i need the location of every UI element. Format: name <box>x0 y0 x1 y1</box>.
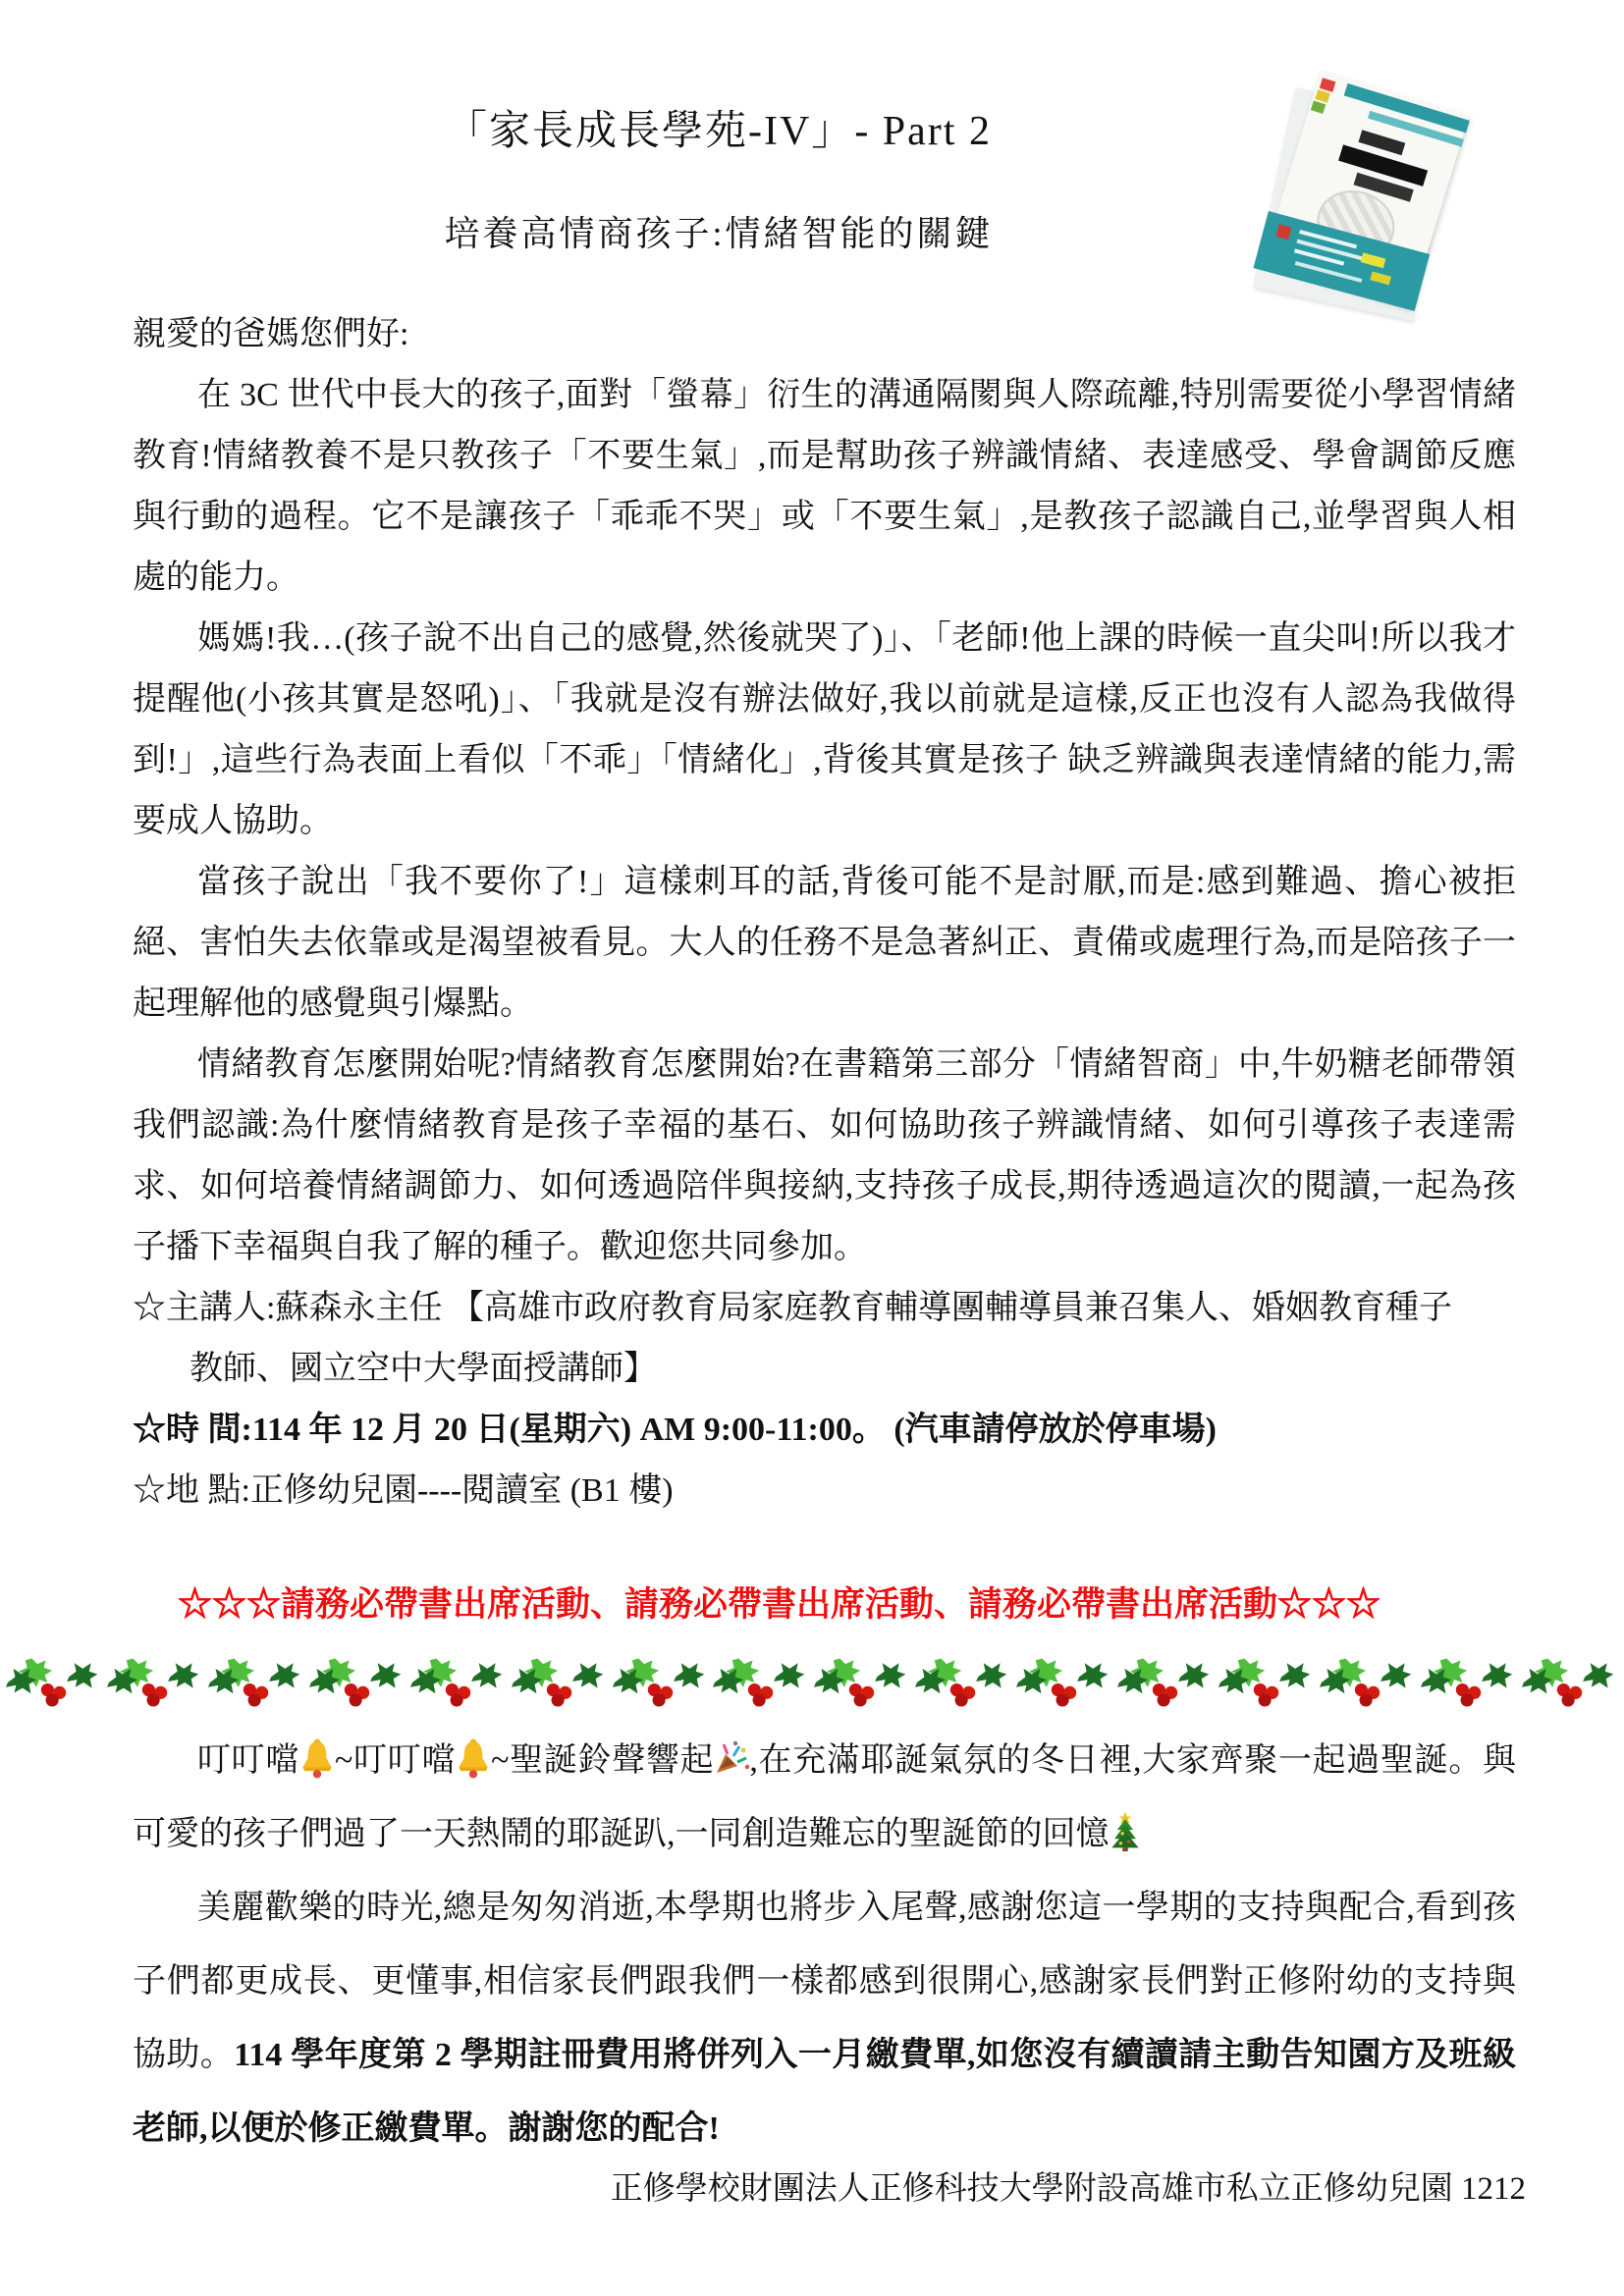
holly-sprig-icon <box>107 1656 203 1709</box>
event-place-line: ☆地 點:正修幼兒園----閱讀室 (B1 樓) <box>133 1461 1516 1522</box>
event-speaker-line-cont: 教師、國立空中大學面授講師】 <box>133 1339 1516 1400</box>
christmas-text-2: ~叮叮噹 <box>335 1742 456 1779</box>
holly-sprig-icon <box>713 1656 809 1709</box>
holly-sprig-icon <box>814 1656 910 1709</box>
holly-sprig-icon <box>208 1656 304 1709</box>
holly-sprig-icon <box>613 1656 709 1709</box>
christmas-tree-icon <box>1110 1811 1141 1852</box>
greeting-line: 親愛的爸媽您們好: <box>133 304 1516 365</box>
holly-sprig-icon <box>410 1656 507 1709</box>
holly-sprig-icon <box>1421 1656 1517 1709</box>
header: 「家長成長學苑-IV」- Part 2 培養高情商孩子:情緒智能的關鍵 <box>133 106 1305 255</box>
page-title: 「家長成長學苑-IV」- Part 2 <box>133 106 1305 157</box>
event-speaker-line: ☆主講人:蘇森永主任 【高雄市政府教育局家庭教育輔導團輔導員兼召集人、婚姻教育種… <box>133 1278 1516 1339</box>
holly-sprig-icon <box>1320 1656 1416 1709</box>
christmas-paragraph-1: 叮叮噹~叮叮噹~聖誕鈴聲響起,在充滿耶誕氣氛的冬日裡,大家齊聚一起過聖誕。與可愛… <box>133 1724 1516 1871</box>
book-corner-square-green <box>1311 101 1326 114</box>
body-paragraph-4: 情緒教育怎麼開始呢?情緒教育怎麼開始?在書籍第三部分「情緒智商」中,牛奶糖老師帶… <box>133 1035 1516 1278</box>
footer-school-name: 正修學校財團法人正修科技大學附設高雄市私立正修幼兒園 1212 <box>0 2167 1526 2211</box>
holly-sprig-icon <box>512 1656 608 1709</box>
bell-icon <box>299 1737 335 1779</box>
holly-sprig-icon <box>1016 1656 1112 1709</box>
bell-icon <box>456 1737 491 1779</box>
holly-sprig-icon <box>6 1656 102 1709</box>
body-paragraph-3: 當孩子說出「我不要你了!」這樣刺耳的話,背後可能不是討厭,而是:感到難過、擔心被… <box>133 852 1516 1035</box>
bring-book-notice: ☆☆☆請務必帶書出席活動、請務必帶書出席活動、請務必帶書出席活動☆☆☆ <box>133 1582 1516 1628</box>
holly-sprig-icon <box>309 1656 406 1709</box>
body-paragraph-1: 在 3C 世代中長大的孩子,面對「螢幕」衍生的溝通隔閡與人際疏離,特別需要從小學… <box>133 365 1516 609</box>
letter-body: 親愛的爸媽您們好: 在 3C 世代中長大的孩子,面對「螢幕」衍生的溝通隔閡與人際… <box>133 304 1516 1522</box>
holly-sprig-icon <box>915 1656 1011 1709</box>
book-bottom-yellow-tag <box>1361 252 1386 268</box>
book-corner-square-yellow <box>1315 89 1329 102</box>
christmas-text-1: 叮叮噹 <box>197 1742 299 1779</box>
book-bottom-yellow-tag <box>1370 271 1391 285</box>
christmas-text-3: ~聖誕鈴聲響起 <box>491 1742 714 1779</box>
book-bottom-text-line <box>1295 261 1363 283</box>
christmas-section: 叮叮噹~叮叮噹~聖誕鈴聲響起,在充滿耶誕氣氛的冬日裡,大家齊聚一起過聖誕。與可愛… <box>133 1724 1516 2165</box>
event-time-line: ☆時 間:114 年 12 月 20 日(星期六) AM 9:00-11:00。… <box>133 1400 1516 1461</box>
christmas-paragraph-2: 美麗歡樂的時光,總是匆匆消逝,本學期也將步入尾聲,感謝您這一學期的支持與配合,看… <box>133 1871 1516 2165</box>
page-subtitle: 培養高情商孩子:情緒智能的關鍵 <box>133 212 1305 255</box>
book-bottom-red-square <box>1276 224 1292 240</box>
party-popper-icon <box>714 1739 749 1777</box>
holly-sprig-icon <box>1522 1656 1618 1709</box>
newsletter-page: 「家長成長學苑-IV」- Part 2 培養高情商孩子:情緒智能的關鍵 親愛的爸… <box>0 0 1624 2296</box>
body-paragraph-2: 媽媽!我…(孩子說不出自己的感覺,然後就哭了)」、「老師!他上課的時候一直尖叫!… <box>133 609 1516 852</box>
tuition-notice-bold-text: 114 學年度第 2 學期註冊費用將併列入一月繳費單,如您沒有續讀請主動告知園方… <box>133 2037 1516 2147</box>
holly-divider <box>0 1655 1624 1710</box>
holly-sprig-icon <box>1218 1656 1315 1709</box>
holly-sprig-icon <box>1117 1656 1214 1709</box>
